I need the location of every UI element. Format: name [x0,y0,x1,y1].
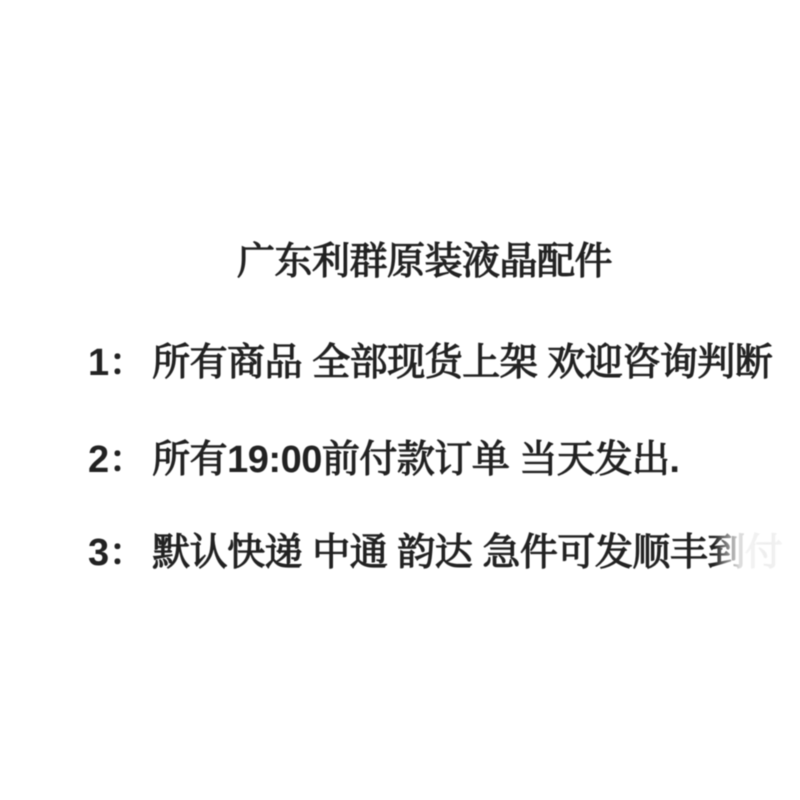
page-title: 广东利群原装液晶配件 [237,240,612,286]
notice-2-number: 2： [88,439,146,481]
product-notice-image: 广东利群原装液晶配件 1：所有商品 全部现货上架 欢迎咨询判断 2：所有19:0… [0,0,800,800]
notice-3-text: 默认快递 中通 韵达 急件可发顺丰到 [152,532,745,574]
notice-1-text: 所有商品 全部现货上架 欢迎咨询判断 [152,342,772,384]
notice-3-number: 3： [88,532,146,574]
notice-line-1: 1：所有商品 全部现货上架 欢迎咨询判断 [88,341,772,387]
notice-2-text: 所有19:00前付款订单 当天发出. [152,439,679,481]
notice-line-3: 3：默认快递 中通 韵达 急件可发顺丰到付 [88,531,782,577]
notice-1-number: 1： [88,342,146,384]
notice-3-faded-character: 付 [745,532,783,574]
notice-line-2: 2：所有19:00前付款订单 当天发出. [88,438,679,484]
